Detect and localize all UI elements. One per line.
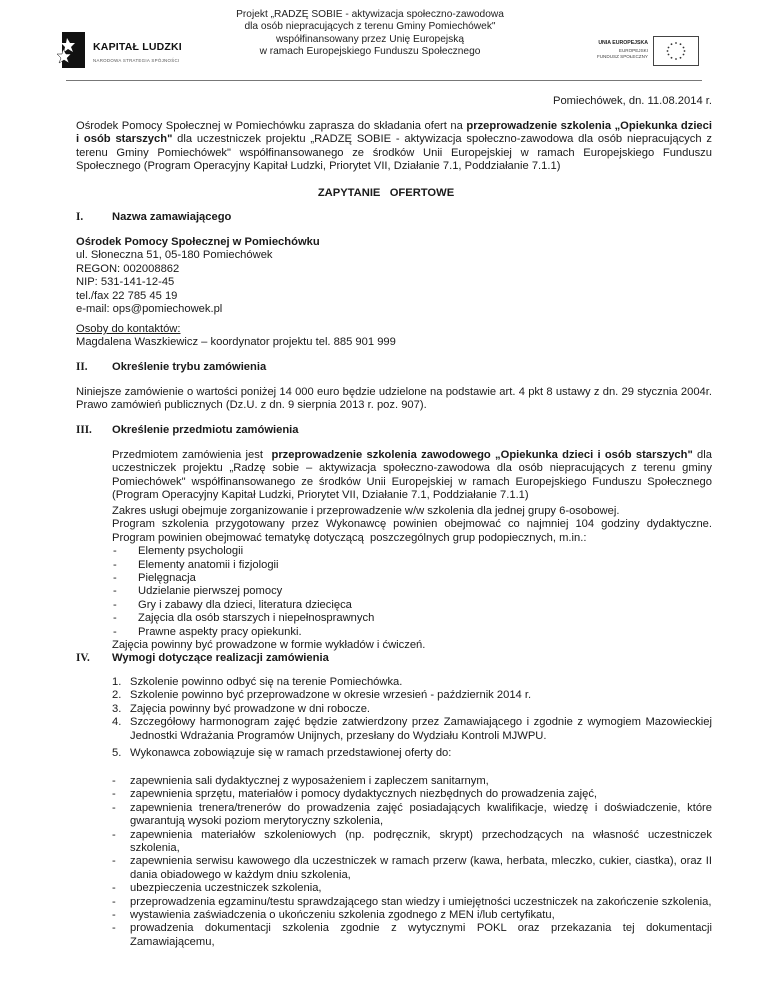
topic-item: -Gry i zabawy dla dzieci, literatura dzi… <box>112 599 712 612</box>
eu-logo-line3: FUNDUSZ SPOŁECZNY <box>597 50 648 63</box>
requirements-list: 1.Szkolenie powinno odbyć się na terenie… <box>112 676 712 743</box>
scope-line: Program szkolenia przygotowany przez Wyk… <box>112 518 712 531</box>
obligation-item: -zapewnienia trenera/trenerów do prowadz… <box>112 802 712 829</box>
intro-text-2: dla uczestniczek projektu „RADZĘ SOBIE -… <box>76 133 712 172</box>
item-text: Wykonawca zobowiązuje się w ramach przed… <box>130 747 451 760</box>
kapital-ludzki-logo: KAPITAŁ LUDZKI NARODOWA STRATEGIA SPÓJNO… <box>57 30 197 70</box>
section-2-heading: II. Określenie trybu zamówienia <box>76 361 712 375</box>
procedure-paragraph: Niniejsze zamówienie o wartości poniżej … <box>76 386 712 413</box>
requirement-item: 4.Szczegółowy harmonogram zajęć będzie z… <box>112 716 712 743</box>
item-number: 1. <box>112 676 121 689</box>
obligation-text: ubezpieczenia uczestniczek szkolenia, <box>130 882 322 894</box>
topic-text: Prawne aspekty pracy opiekunki. <box>138 626 302 638</box>
item-text: Zajęcia powinny być prowadzone w dni rob… <box>130 703 370 715</box>
obligation-item: -zapewnienia materiałów szkoleniowych (n… <box>112 829 712 856</box>
eu-logo: UNIA EUROPEJSKA EUROPEJSKI FUNDUSZ SPOŁE… <box>570 35 720 65</box>
section-title: Nazwa zamawiającego <box>112 211 231 224</box>
item-text: Szkolenie powinno odbyć się na terenie P… <box>130 676 402 688</box>
obligation-text: zapewnienia sprzętu, materiałów i pomocy… <box>130 788 597 800</box>
scope-block: Zakres usługi obejmuje zorganizowanie i … <box>112 505 712 652</box>
section-title: Określenie trybu zamówienia <box>112 361 266 374</box>
header-divider <box>66 80 702 81</box>
requirement-item: 3.Zajęcia powinny być prowadzone w dni r… <box>112 703 712 716</box>
obligation-text: zapewnienia trenera/trenerów do prowadze… <box>130 802 712 827</box>
orderer-details: Ośrodek Pomocy Społecznej w Pomiechówku … <box>76 236 712 316</box>
org-name: Ośrodek Pomocy Społecznej w Pomiechówku <box>76 236 712 249</box>
obligation-text: wystawienia zaświadczenia o ukończeniu s… <box>130 909 555 921</box>
item-number: 5. <box>112 747 121 760</box>
subject-text-1: Przedmiotem zamówienia jest <box>112 449 271 461</box>
logo-name: KAPITAŁ LUDZKI <box>93 41 182 54</box>
section-number: IV. <box>76 652 90 665</box>
section-1-heading: I. Nazwa zamawiającego <box>76 211 712 225</box>
topic-text: Zajęcia dla osób starszych i niepełnospr… <box>138 612 374 624</box>
org-phone: tel./fax 22 785 45 19 <box>76 290 712 303</box>
obligation-text: przeprowadzenia egzaminu/testu sprawdzaj… <box>130 896 711 908</box>
org-regon: REGON: 002008862 <box>76 263 712 276</box>
section-number: III. <box>76 424 92 437</box>
subject-paragraph: Przedmiotem zamówienia jest przeprowadze… <box>112 449 712 503</box>
org-address: ul. Słoneczna 51, 05-180 Pomiechówek <box>76 249 712 262</box>
obligation-text: zapewnienia materiałów szkoleniowych (np… <box>130 829 712 854</box>
obligation-item: -zapewnienia sprzętu, materiałów i pomoc… <box>112 788 712 801</box>
org-email[interactable]: e-mail: ops@pomiechowek.pl <box>76 303 712 316</box>
date-line: Pomiechówek, dn. 11.08.2014 r. <box>60 95 712 108</box>
item-number: 2. <box>112 689 121 702</box>
topic-text: Elementy anatomii i fizjologii <box>138 559 279 571</box>
obligation-item: -wystawienia zaświadczenia o ukończeniu … <box>112 909 712 922</box>
section-number: II. <box>76 361 88 374</box>
obligation-item: -zapewnienia sali dydaktycznej z wyposaż… <box>112 775 712 788</box>
section-number: I. <box>76 211 83 224</box>
obligations-list: -zapewnienia sali dydaktycznej z wyposaż… <box>112 775 712 949</box>
obligation-item: -ubezpieczenia uczestniczek szkolenia, <box>112 882 712 895</box>
section-3-heading: III. Określenie przedmiotu zamówienia <box>76 424 712 438</box>
requirement-item: 2.Szkolenie powinno być przeprowadzone w… <box>112 689 712 702</box>
org-nip: NIP: 531-141-12-45 <box>76 276 712 289</box>
eu-flag-icon <box>653 36 699 66</box>
topic-text: Elementy psychologii <box>138 545 243 557</box>
subject-training-title: przeprowadzenie szkolenia zawodowego „Op… <box>271 449 692 461</box>
obligation-item: -zapewnienia serwisu kawowego dla uczest… <box>112 855 712 882</box>
obligation-text: zapewnienia serwisu kawowego dla uczestn… <box>130 855 712 880</box>
section-4-heading: IV. Wymogi dotyczące realizacji zamówien… <box>76 652 712 666</box>
header-line: dla osób niepracujących z terenu Gminy P… <box>220 21 520 33</box>
topic-item: -Prawne aspekty pracy opiekunki. <box>112 626 712 639</box>
item-number: 3. <box>112 703 121 716</box>
kapital-ludzki-star-icon <box>57 32 85 68</box>
obligation-item: -prowadzenia dokumentacji szkolenia zgod… <box>112 922 712 949</box>
logo-subtitle: NARODOWA STRATEGIA SPÓJNOŚCI <box>93 54 179 67</box>
obligation-text: prowadzenia dokumentacji szkolenia zgodn… <box>130 922 712 947</box>
topic-item: -Udzielanie pierwszej pomocy <box>112 585 712 598</box>
header-line: Projekt „RADZĘ SOBIE - aktywizacja społe… <box>220 9 520 21</box>
section-title: Wymogi dotyczące realizacji zamówienia <box>112 652 329 665</box>
topic-item: -Elementy psychologii <box>112 545 712 558</box>
topic-text: Udzielanie pierwszej pomocy <box>138 585 282 597</box>
topic-text: Pielęgnacja <box>138 572 196 584</box>
intro-text-1: Ośrodek Pomocy Społecznej w Pomiechówku … <box>76 120 466 132</box>
project-header: Projekt „RADZĘ SOBIE - aktywizacja społe… <box>220 9 520 59</box>
contact-person: Magdalena Waszkiewicz – koordynator proj… <box>76 336 712 349</box>
item-text: Szczegółowy harmonogram zajęć będzie zat… <box>130 716 712 741</box>
section-title: Określenie przedmiotu zamówienia <box>112 424 299 437</box>
topic-text: Gry i zabawy dla dzieci, literatura dzie… <box>138 599 352 611</box>
scope-line: Zakres usługi obejmuje zorganizowanie i … <box>112 505 712 518</box>
topic-item: -Pielęgnacja <box>112 572 712 585</box>
intro-paragraph: Ośrodek Pomocy Społecznej w Pomiechówku … <box>76 120 712 174</box>
header-line: w ramach Europejskiego Funduszu Społeczn… <box>220 46 520 58</box>
contacts-label: Osoby do kontaktów: <box>76 323 712 336</box>
header-line: współfinansowany przez Unię Europejską <box>220 34 520 46</box>
obligation-text: zapewnienia sali dydaktycznej z wyposaże… <box>130 775 489 787</box>
requirement-item: 1.Szkolenie powinno odbyć się na terenie… <box>112 676 712 689</box>
scope-line: Program powinien obejmować tematykę doty… <box>112 532 712 545</box>
topic-item: -Zajęcia dla osób starszych i niepełnosp… <box>112 612 712 625</box>
topic-item: -Elementy anatomii i fizjologii <box>112 559 712 572</box>
closing-line: Zajęcia powinny być prowadzone w formie … <box>112 639 712 652</box>
document-title: ZAPYTANIE OFERTOWE <box>60 187 712 200</box>
item-number: 4. <box>112 716 121 729</box>
topics-list: -Elementy psychologii -Elementy anatomii… <box>112 545 712 639</box>
contacts: Osoby do kontaktów: Magdalena Waszkiewic… <box>76 323 712 350</box>
item-text: Szkolenie powinno być przeprowadzone w o… <box>130 689 531 701</box>
obligation-item: -przeprowadzenia egzaminu/testu sprawdza… <box>112 896 712 909</box>
